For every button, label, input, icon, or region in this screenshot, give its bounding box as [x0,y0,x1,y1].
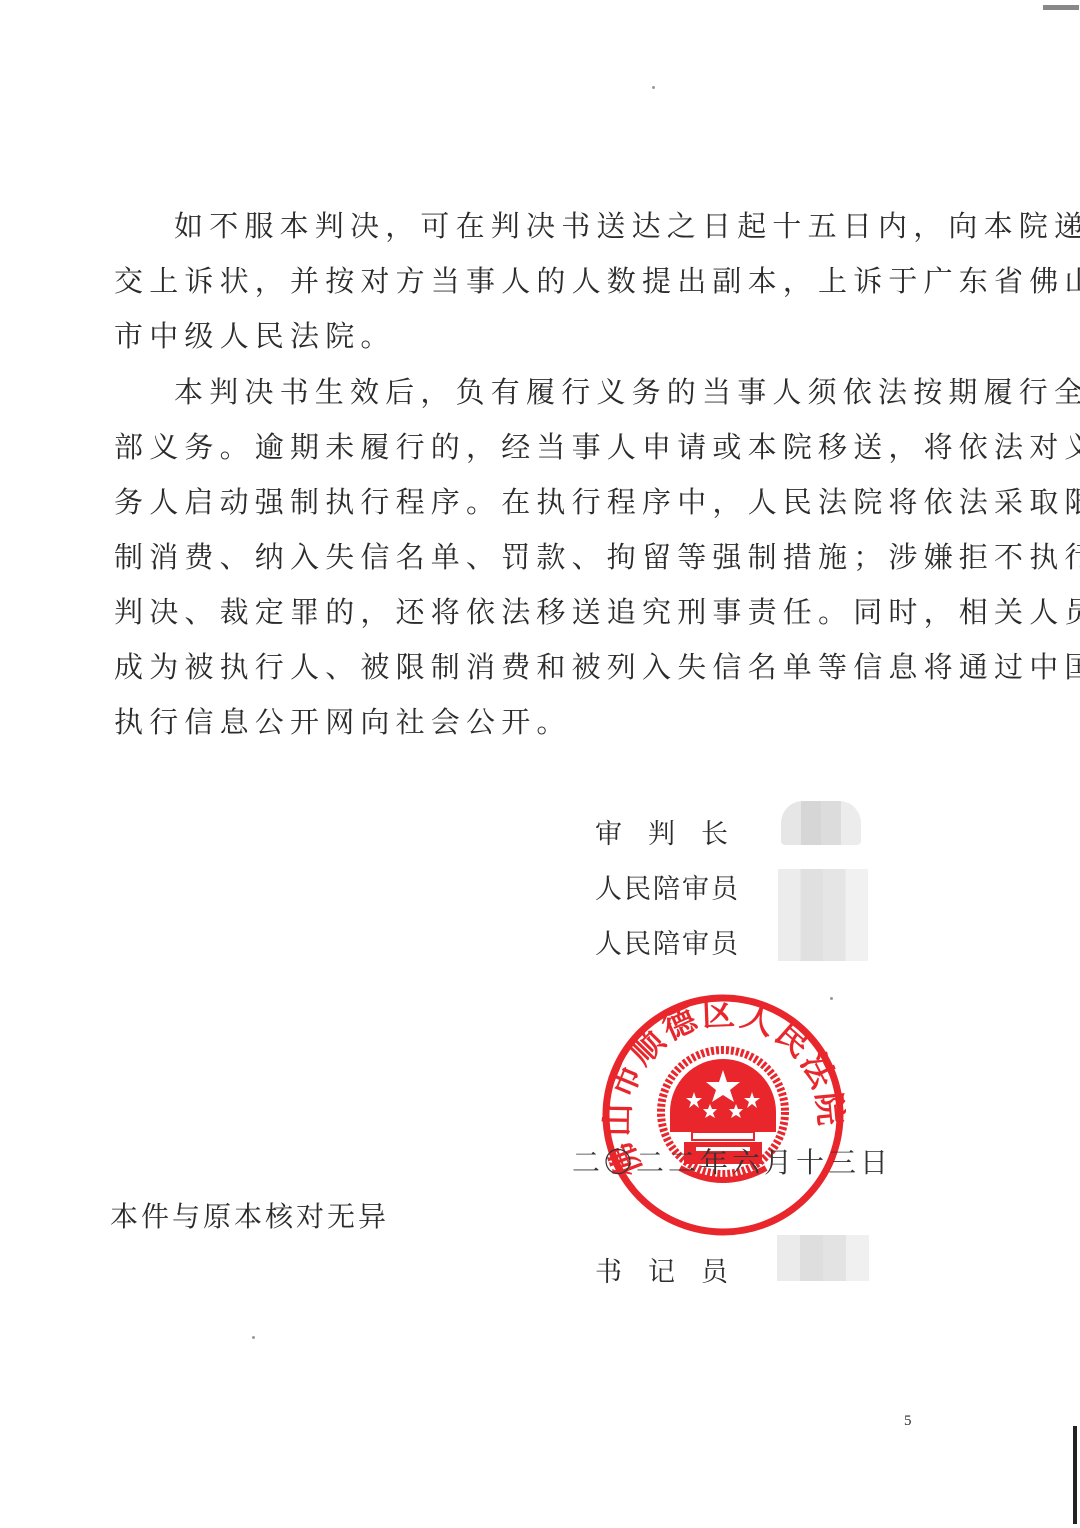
juror-row-2: 人民陪审员 [595,922,740,961]
scan-edge-bar [1073,1426,1077,1524]
redacted-name [778,869,868,961]
court-seal-icon: 佛山市顺德区人民法院 [600,992,846,1238]
text-line: 如不服本判决，可在判决书送达之日起十五日内，向本院递 [114,199,924,254]
text-line: 市中级人民法院。 [114,309,924,364]
judgment-date: 二〇二二年六月十三日 [572,1141,892,1181]
scan-speck [652,86,655,89]
redacted-name [777,1235,869,1281]
text-line: 执行信息公开网向社会公开。 [114,695,924,750]
text-line: 务人启动强制执行程序。在执行程序中，人民法院将依法采取限 [114,475,924,530]
juror-label: 人民陪审员 [595,929,740,960]
presiding-judge-label: 审判长 [595,819,754,850]
text-line: 成为被执行人、被限制消费和被列入失信名单等信息将通过中国 [114,640,924,695]
clerk-label: 书记员 [595,1257,754,1288]
juror-row-1: 人民陪审员 [595,867,740,906]
presiding-judge-row: 审判长 [595,812,754,851]
redacted-name [781,801,861,845]
appeal-notice-paragraph: 如不服本判决，可在判决书送达之日起十五日内，向本院递 交上诉状，并按对方当事人的… [114,199,924,364]
scan-speck [252,1336,255,1339]
text-line: 本判决书生效后，负有履行义务的当事人须依法按期履行全 [114,365,924,420]
certification-text: 本件与原本核对无异 [110,1195,389,1235]
text-line: 判决、裁定罪的，还将依法移送追究刑事责任。同时，相关人员 [114,585,924,640]
juror-label: 人民陪审员 [595,874,740,905]
page-number: 5 [904,1413,912,1430]
text-line: 部义务。逾期未履行的，经当事人申请或本院移送，将依法对义 [114,420,924,475]
enforcement-notice-paragraph: 本判决书生效后，负有履行义务的当事人须依法按期履行全 部义务。逾期未履行的，经当… [114,365,924,750]
scan-edge-mark [1043,5,1079,10]
text-line: 交上诉状，并按对方当事人的人数提出副本，上诉于广东省佛山 [114,254,924,309]
clerk-row: 书记员 [595,1250,754,1289]
text-line: 制消费、纳入失信名单、罚款、拘留等强制措施；涉嫌拒不执行 [114,530,924,585]
